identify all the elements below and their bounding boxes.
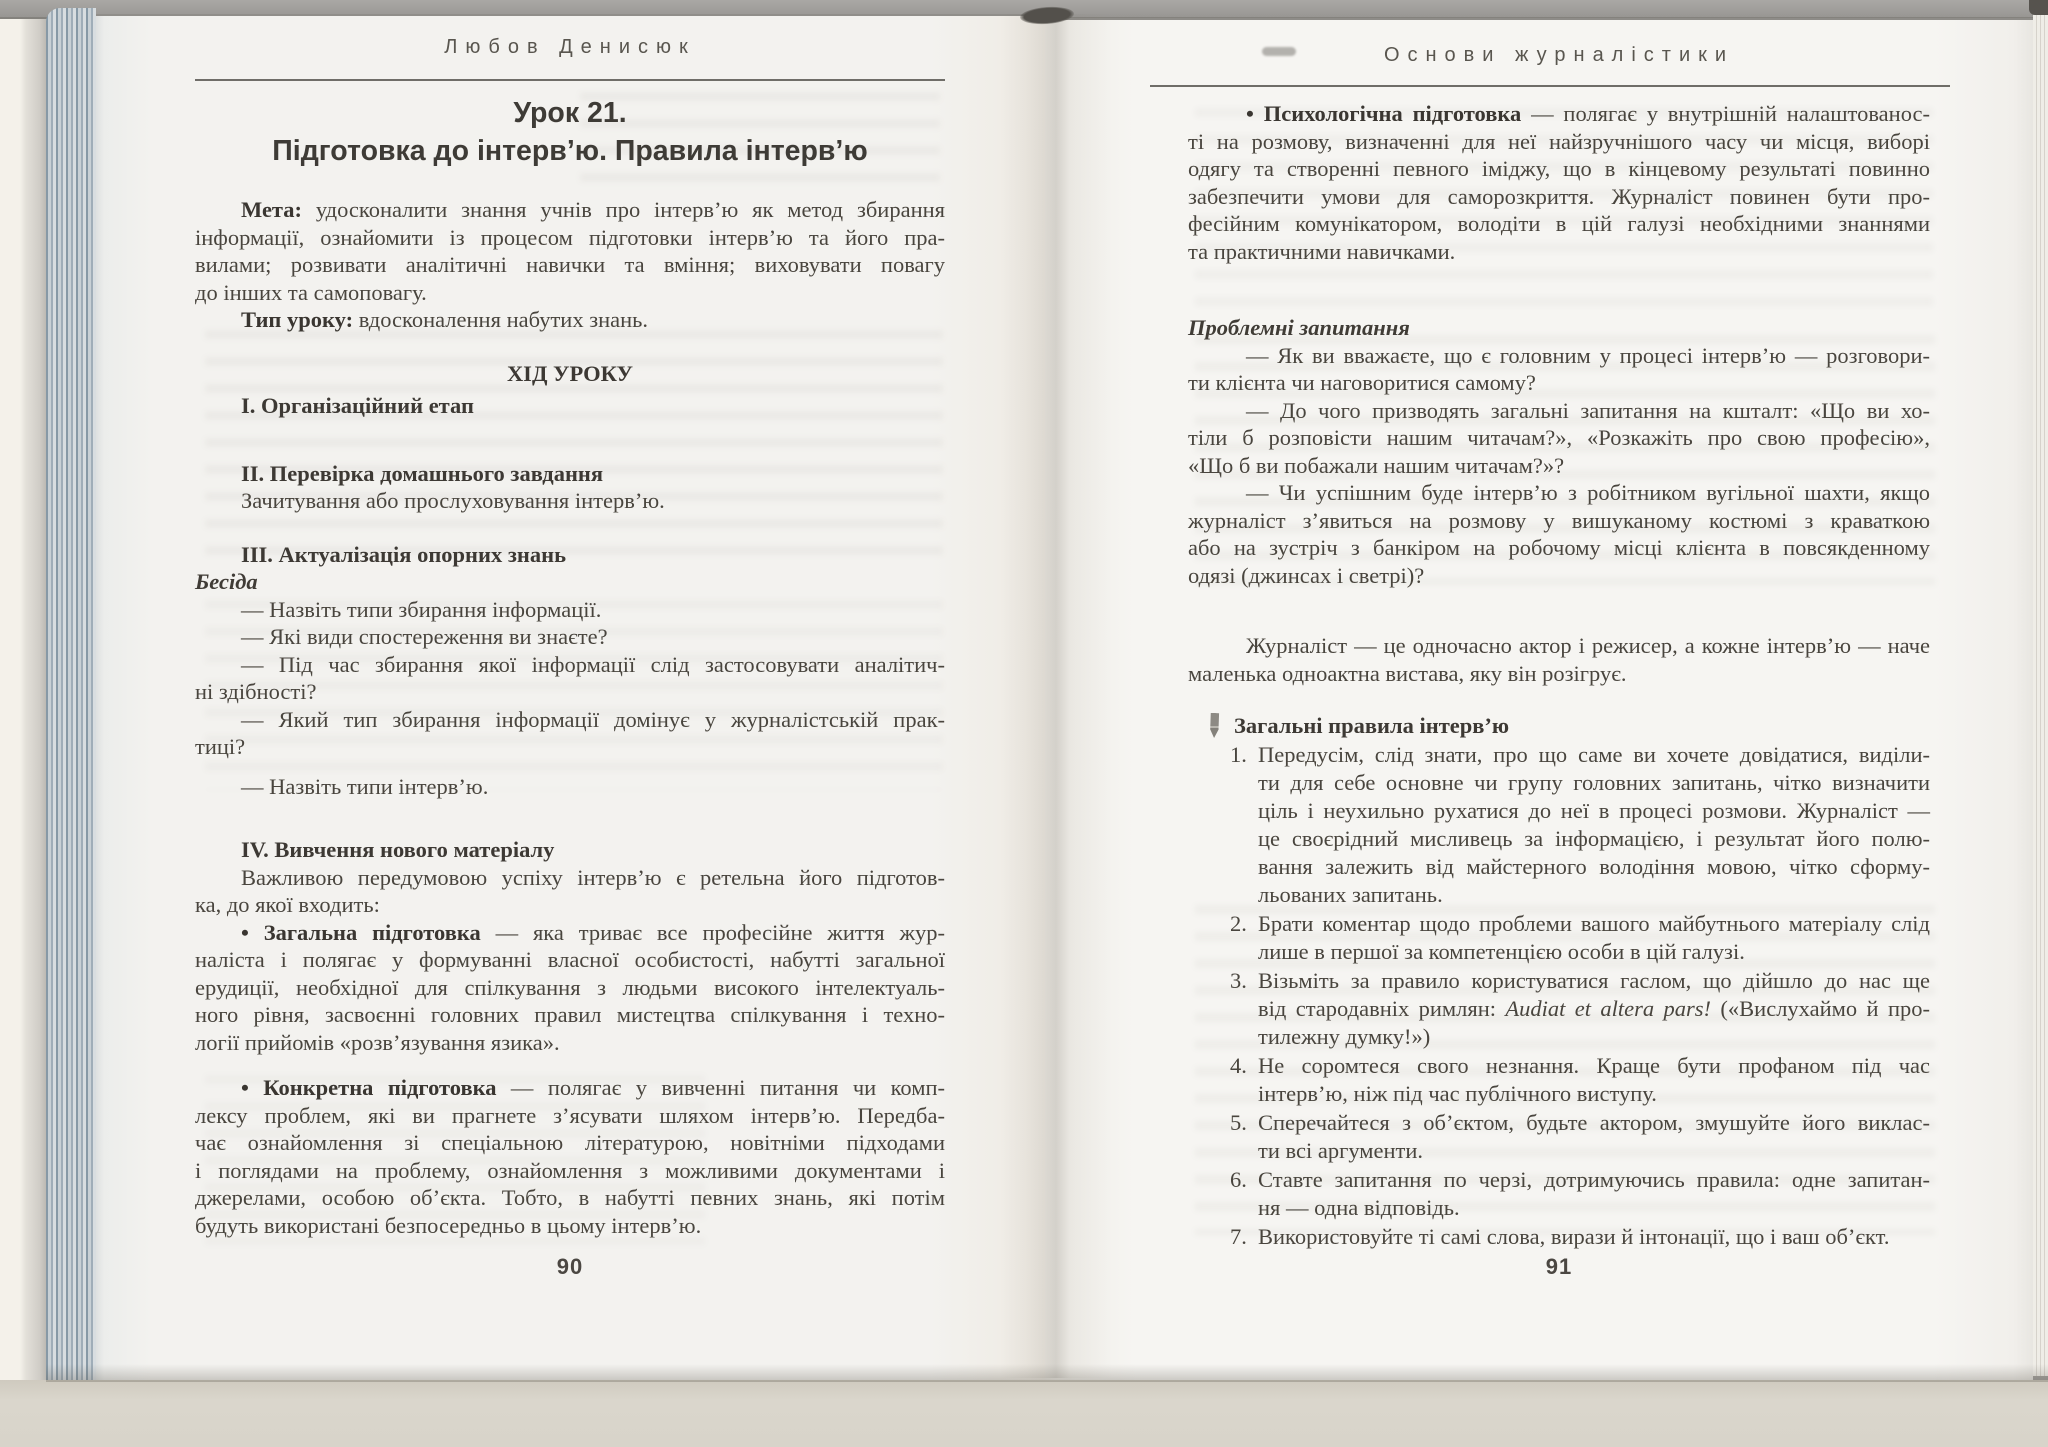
text-line: одязі (джинсах і светрі)? [1188,562,1930,590]
text-line: журналіст з’явиться на розмову у вишукан… [1188,507,1930,535]
text-run: наліста і полягає у формуванні власної о… [195,947,945,972]
text-line: • Психологічна підготовка — полягає у вн… [1188,100,1930,128]
text-line: «Що б ви побажали нашим читачам?»? [1188,452,1930,480]
text-block: Урок 21.Підготовка до інтерв’ю. Правила … [195,94,945,170]
text-block: — До чого призводять загальні запитання … [1188,397,1930,480]
text-line: лексу проблем, які ви прагнете з’ясувати… [195,1102,945,1130]
text-run: — Який тип збирання інформації домінує у… [241,707,945,732]
text-run: Зачитування або прослуховування інтерв’ю… [241,488,665,513]
text-line: маленька одноактна вистава, яку він розі… [1188,660,1930,688]
text-line: Важливою передумовою успіху інтерв’ю є р… [195,864,945,892]
text-line: ти клієнта чи наговоритися самому? [1188,369,1930,397]
text-run: від стародавніх римлян: Audiat et altera… [1258,996,1930,1021]
text-block: — Назвіть типи збирання інформації. [195,596,945,624]
text-run: або на зустріч з банкіром на робочому мі… [1188,535,1930,560]
scan-left-margin [0,0,48,1447]
text-line: ні здібності? [195,678,945,706]
text-run: та практичними навичками. [1188,239,1455,264]
text-block: Мета: удосконалити знання учнів про інте… [195,196,945,306]
text-block: IV. Вивчення нового матеріалу [195,836,945,864]
text-run: будуть використані безпосередньо в цьому… [195,1213,701,1238]
list-number: 1. [1230,741,1247,769]
list-number: 7. [1230,1223,1247,1251]
text-run: — До чого призводять загальні запитання … [1246,398,1930,423]
text-line: Бесіда [195,568,945,596]
text-line: ІІ. Перевірка домашнього завдання [195,460,945,488]
text-line: ІІІ. Актуалізація опорних знань [195,541,945,569]
text-line: — Які види спостереження ви знаєте? [195,623,945,651]
page-number-left: 90 [195,1254,945,1280]
text-block: 5.Сперечайтеся з об’єктом, будьте акторо… [1188,1109,1930,1165]
text-line: 6.Ставте запитання по черзі, дотримуючис… [1188,1166,1930,1194]
list-number: 3. [1230,967,1247,995]
text-line: 1.Передусім, слід знати, про що саме ви … [1188,741,1930,769]
text-run: Мета: удосконалити знання учнів про інте… [241,197,945,222]
text-run: ХІД УРОКУ [507,361,633,386]
text-block: • Психологічна підготовка — полягає у вн… [1188,100,1930,265]
text-line: і поглядами на проблему, ознайомлення з … [195,1157,945,1185]
text-block: Загальні правила інтерв’ю [1188,712,1930,740]
text-run: Підготовка до інтерв’ю. Правила інтерв’ю [272,135,867,167]
text-line: тилежну думку!») [1188,1023,1930,1051]
running-head-left: Любов Денисюк [195,36,945,59]
text-run: • Конкретна підготовка — полягає у вивче… [241,1075,945,1100]
text-run: лише в першої за компетенцією особи в ці… [1258,939,1745,964]
text-block: — Як ви вважаєте, що є головним у процес… [1188,342,1930,397]
text-block: 7.Використовуйте ті самі слова, вирази й… [1188,1223,1930,1251]
text-line: ного рівня, засвоєнні головних правил ми… [195,1001,945,1029]
text-block: Тип уроку: вдосконалення набутих знань. [195,306,945,334]
text-line: одягу та створенні певного іміджу, що в … [1188,155,1930,183]
text-run: — Під час збирання якої інформації слід … [241,652,945,677]
book-bottom-shadow [46,1364,2048,1382]
text-run: ціль і неухильно рухатися до неї в проце… [1258,798,1930,823]
text-line: Журналіст — це одночасно актор і режисер… [1188,632,1930,660]
text-line: та практичними навичками. [1188,238,1930,266]
text-line: ти всі аргументи. [1188,1137,1930,1165]
text-run: ня — одна відповідь. [1258,1195,1460,1220]
text-run: і поглядами на проблему, ознайомлення з … [195,1158,945,1183]
text-line: наліста і полягає у формуванні власної о… [195,946,945,974]
text-run: ІІ. Перевірка домашнього завдання [241,461,603,486]
text-block: 3.Візьміть за правило користуватися гасл… [1188,967,1930,1051]
text-block: 6.Ставте запитання по черзі, дотримуючис… [1188,1166,1930,1222]
text-run: вання залежить від майстерного володіння… [1258,854,1930,879]
text-line: — Як ви вважаєте, що є головним у процес… [1188,342,1930,370]
text-block: — Під час збирання якої інформації слід … [195,651,945,706]
text-line: фесійним комунікатором, володіти в цій г… [1188,210,1930,238]
text-line: І. Організаційний етап [195,392,945,420]
page-number-right: 91 [1188,1254,1930,1280]
text-block: — Які види спостереження ви знаєте? [195,623,945,651]
text-line: лише в першої за компетенцією особи в ці… [1188,938,1930,966]
text-run: тиці? [195,734,245,759]
text-line: • Загальна підготовка — яка триває все п… [195,919,945,947]
list-number: 2. [1230,910,1247,938]
text-run: інформації, ознайомити із процесом підго… [195,225,945,250]
text-run: • Психологічна підготовка — полягає у вн… [1246,101,1930,126]
text-run: Загальні правила інтерв’ю [1234,713,1509,738]
text-run: Не соромтеся свого незнання. Краще бути … [1258,1053,1930,1078]
text-block: ХІД УРОКУ [195,360,945,388]
text-block: 1.Передусім, слід знати, про що саме ви … [1188,741,1930,909]
text-block: — Чи успішним буде інтерв’ю з робітником… [1188,479,1930,589]
text-line: будуть використані безпосередньо в цьому… [195,1212,945,1240]
text-run: ного рівня, засвоєнні головних правил ми… [195,1002,945,1027]
text-run: ні здібності? [195,679,316,704]
text-line: ціль і неухильно рухатися до неї в проце… [1188,797,1930,825]
text-block: • Конкретна підготовка — полягає у вивче… [195,1074,945,1239]
text-line: вання залежить від майстерного володіння… [1188,853,1930,881]
text-line: або на зустріч з банкіром на робочому мі… [1188,534,1930,562]
text-run: маленька одноактна вистава, яку він розі… [1188,661,1626,686]
text-run: одязі (джинсах і светрі)? [1188,563,1424,588]
text-run: ти для себе основне чи групу головних за… [1258,770,1930,795]
text-run: журналіст з’явиться на розмову у вишукан… [1188,508,1930,533]
text-line: Урок 21. [195,94,945,132]
scanned-book-spread: Любов Денисюк Урок 21.Підготовка до інте… [0,0,2048,1447]
page-stack-edges [46,8,96,1382]
text-run: Урок 21. [513,97,626,129]
fore-edge-right [2033,6,2048,1376]
text-run: Передусім, слід знати, про що саме ви хо… [1258,742,1930,767]
list-number: 6. [1230,1166,1247,1194]
text-run: ти клієнта чи наговоритися самому? [1188,370,1536,395]
scan-bottom-band [0,1380,2048,1447]
text-line: чає ознайомлення зі спеціальною літерату… [195,1129,945,1157]
text-run: до інших та самоповагу. [195,280,427,305]
text-run: ерудиції, необхідної для спілкування з л… [195,975,945,1000]
text-run: це своєрідний мисливець за інформацією, … [1258,826,1930,851]
text-run: льованих запитань. [1258,882,1443,907]
text-block: Журналіст — це одночасно актор і режисер… [1188,632,1930,687]
text-line: від стародавніх римлян: Audiat et altera… [1188,995,1930,1023]
text-block: — Назвіть типи інтерв’ю. [195,773,945,801]
cover-corner-top-right [2029,0,2048,15]
text-run: ка, до якої входить: [195,892,380,917]
text-run: чає ознайомлення зі спеціальною літерату… [195,1130,945,1155]
text-block: Проблемні запитання [1188,314,1930,342]
text-block: І. Організаційний етап [195,392,945,420]
text-run: Ставте запитання по черзі, дотримуючись … [1258,1167,1930,1192]
text-block: Важливою передумовою успіху інтерв’ю є р… [195,864,945,919]
text-run: Важливою передумовою успіху інтерв’ю є р… [241,865,945,890]
text-run: — Назвіть типи збирання інформації. [241,597,601,622]
text-line: — До чого призводять загальні запитання … [1188,397,1930,425]
text-run: лексу проблем, які ви прагнете з’ясувати… [195,1103,945,1128]
text-run: Брати коментар щодо проблеми вашого майб… [1258,911,1930,936]
page-right-text-column: • Психологічна підготовка — полягає у вн… [1188,100,1930,1251]
text-run: Бесіда [195,569,258,594]
text-line: • Конкретна підготовка — полягає у вивче… [195,1074,945,1102]
text-run: тіли б розповісти нашим читачам?», «Розк… [1188,425,1930,450]
text-run: • Загальна підготовка — яка триває все п… [241,920,945,945]
text-run: Журналіст — це одночасно актор і режисер… [1246,633,1930,658]
text-run: Використовуйте ті самі слова, вирази й і… [1258,1224,1889,1249]
text-line: ня — одна відповідь. [1188,1194,1930,1222]
text-run: вилами; розвивати аналітичні навички та … [195,252,945,277]
text-line: ка, до якої входить: [195,891,945,919]
text-run: Проблемні запитання [1188,315,1410,340]
text-run: І. Організаційний етап [241,393,474,418]
text-line: ти для себе основне чи групу головних за… [1188,769,1930,797]
text-run: Візьміть за правило користуватися гаслом… [1258,968,1930,993]
text-line: це своєрідний мисливець за інформацією, … [1188,825,1930,853]
text-line: ерудиції, необхідної для спілкування з л… [195,974,945,1002]
text-run: — Назвіть типи інтерв’ю. [241,774,488,799]
pencil-icon [1208,713,1222,738]
text-line: 7.Використовуйте ті самі слова, вирази й… [1188,1223,1930,1251]
text-run: тилежну думку!») [1258,1024,1430,1049]
text-line: — Назвіть типи збирання інформації. [195,596,945,624]
text-run: одягу та створенні певного іміджу, що в … [1188,156,1930,181]
text-block: Бесіда [195,568,945,596]
text-run: — Як ви вважаєте, що є головним у процес… [1246,343,1930,368]
text-line: логії прийомів «розв’язування язика». [195,1029,945,1057]
text-run: — Які види спостереження ви знаєте? [241,624,608,649]
text-line: 5.Сперечайтеся з об’єктом, будьте акторо… [1188,1109,1930,1137]
text-line: льованих запитань. [1188,881,1930,909]
text-run: інтерв’ю, ніж під час публічного виступу… [1258,1081,1657,1106]
text-run: ти всі аргументи. [1258,1138,1423,1163]
text-run: забезпечити умови для саморозкриття. Жур… [1188,184,1930,209]
text-run: «Що б ви побажали нашим читачам?»? [1188,453,1564,478]
text-line: Тип уроку: вдосконалення набутих знань. [195,306,945,334]
text-run: Сперечайтеся з об’єктом, будьте актором,… [1258,1110,1930,1135]
text-block: 2.Брати коментар щодо проблеми вашого ма… [1188,910,1930,966]
text-line: — Який тип збирання інформації домінує у… [195,706,945,734]
text-line: Зачитування або прослуховування інтерв’ю… [195,487,945,515]
text-line: IV. Вивчення нового матеріалу [195,836,945,864]
text-line: тиці? [195,733,945,761]
text-line: 4.Не соромтеся свого незнання. Краще бут… [1188,1052,1930,1080]
text-line: 3.Візьміть за правило користуватися гасл… [1188,967,1930,995]
text-line: Підготовка до інтерв’ю. Правила інтерв’ю [195,132,945,170]
text-line: 2.Брати коментар щодо проблеми вашого ма… [1188,910,1930,938]
text-run: фесійним комунікатором, володіти в цій г… [1188,211,1930,236]
text-line: тіли б розповісти нашим читачам?», «Розк… [1188,424,1930,452]
text-block: — Який тип збирання інформації домінує у… [195,706,945,761]
text-run: Тип уроку: вдосконалення набутих знань. [241,307,648,332]
text-line: вилами; розвивати аналітичні навички та … [195,251,945,279]
text-block: 4.Не соромтеся свого незнання. Краще бут… [1188,1052,1930,1108]
running-head-right: Основи журналістики [1188,44,1930,67]
text-line: ті на розмову, визначенні для неї найзру… [1188,128,1930,156]
text-line: ХІД УРОКУ [195,360,945,388]
text-run: логії прийомів «розв’язування язика». [195,1030,560,1055]
text-block: • Загальна підготовка — яка триває все п… [195,919,945,1057]
text-block: Зачитування або прослуховування інтерв’ю… [195,487,945,515]
running-head-rule-right [1150,85,1950,87]
text-line: Загальні правила інтерв’ю [1188,712,1930,740]
text-line: — Чи успішним буде інтерв’ю з робітником… [1188,479,1930,507]
text-line: — Назвіть типи інтерв’ю. [195,773,945,801]
text-run: джерелами, особою об’єкта. Тобто, в набу… [195,1185,945,1210]
text-run: ті на розмову, визначенні для неї найзру… [1188,129,1930,154]
text-line: — Під час збирання якої інформації слід … [195,651,945,679]
page-left-text-column: Урок 21.Підготовка до інтерв’ю. Правила … [195,90,945,1239]
list-number: 5. [1230,1109,1247,1137]
text-line: забезпечити умови для саморозкриття. Жур… [1188,183,1930,211]
text-run: ІІІ. Актуалізація опорних знань [241,542,566,567]
text-line: інформації, ознайомити із процесом підго… [195,224,945,252]
text-block: ІІ. Перевірка домашнього завдання [195,460,945,488]
text-run: — Чи успішним буде інтерв’ю з робітником… [1246,480,1930,505]
text-run: IV. Вивчення нового матеріалу [241,837,554,862]
text-line: джерелами, особою об’єкта. Тобто, в набу… [195,1184,945,1212]
text-line: інтерв’ю, ніж під час публічного виступу… [1188,1080,1930,1108]
text-block: ІІІ. Актуалізація опорних знань [195,541,945,569]
text-line: Проблемні запитання [1188,314,1930,342]
running-head-rule-left [195,79,945,81]
text-line: до інших та самоповагу. [195,279,945,307]
text-line: Мета: удосконалити знання учнів про інте… [195,196,945,224]
list-number: 4. [1230,1052,1247,1080]
